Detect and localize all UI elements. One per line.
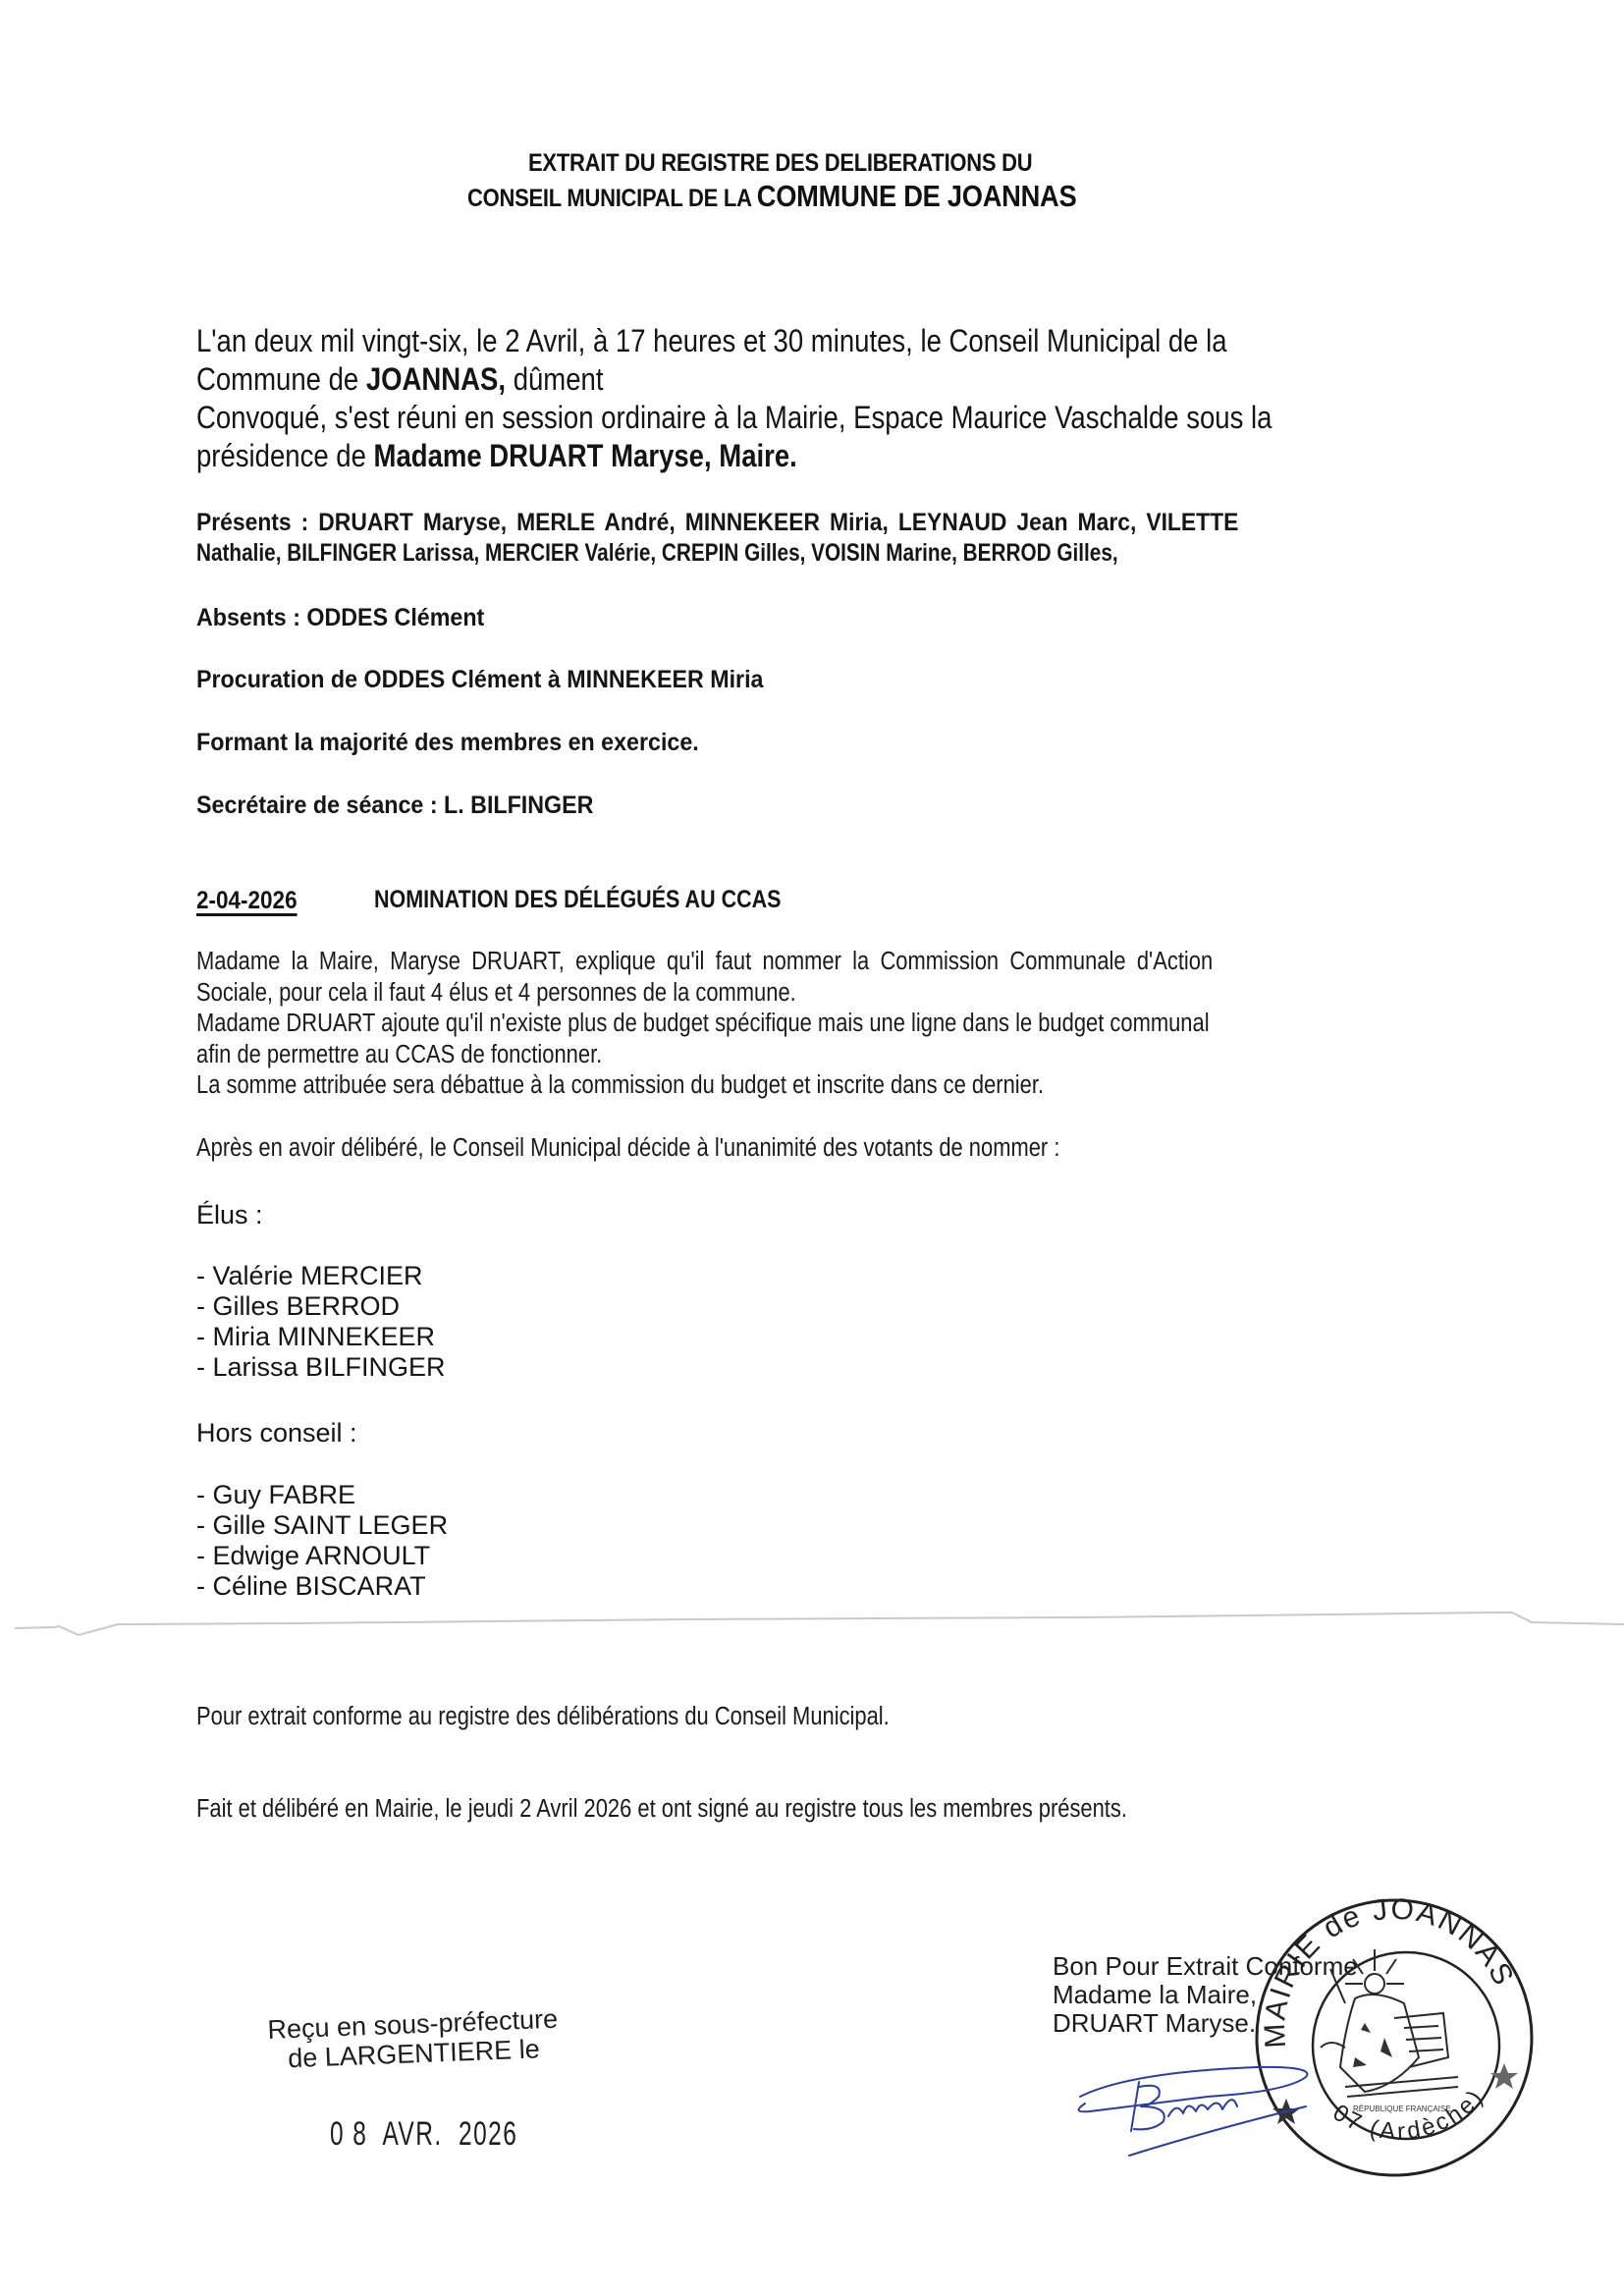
- fait-line: Fait et délibéré en Mairie, le jeudi 2 A…: [196, 1795, 1127, 1824]
- body-line: afin de permettre au CCAS de fonctionner…: [196, 1040, 1213, 1071]
- secretary-line: Secrétaire de séance : L. BILFINGER: [196, 792, 593, 820]
- body-line: La somme attribuée sera débattue à la co…: [196, 1070, 1213, 1102]
- elu-item: - Gilles BERROD: [196, 1291, 446, 1322]
- intro-president: Madame DRUART Maryse, Maire.: [374, 438, 797, 473]
- elus-list: - Valérie MERCIER - Gilles BERROD - Miri…: [196, 1261, 446, 1383]
- presents-line-2: Nathalie, BILFINGER Larissa, MERCIER Val…: [196, 539, 1118, 568]
- intro-line-3: Convoqué, s'est réuni en session ordinai…: [196, 399, 1272, 437]
- intro-dument: dûment: [506, 361, 603, 397]
- elu-item: - Larissa BILFINGER: [196, 1352, 446, 1383]
- reception-date: 0 8 AVR. 2026: [330, 2115, 517, 2154]
- hors-item: - Edwige ARNOULT: [196, 1541, 448, 1571]
- scan-fold-line: [0, 1611, 1624, 1640]
- intro-paragraph: L'an deux mil vingt-six, le 2 Avril, à 1…: [196, 322, 1272, 475]
- body-line: Madame DRUART ajoute qu'il n'existe plus…: [196, 1009, 1213, 1040]
- hors-conseil-list: - Guy FABRE - Gille SAINT LEGER - Edwige…: [196, 1480, 448, 1602]
- body-line: Sociale, pour cela il faut 4 élus et 4 p…: [196, 978, 1213, 1010]
- hors-conseil-label: Hors conseil :: [196, 1418, 357, 1449]
- document-title-line2: CONSEIL MUNICIPAL DE LA COMMUNE DE JOANN…: [467, 179, 1076, 214]
- presents-line-1: Présents : DRUART Maryse, MERLE André, M…: [196, 509, 1238, 537]
- svg-text:RÉPUBLIQUE FRANÇAISE: RÉPUBLIQUE FRANÇAISE: [1353, 2105, 1451, 2113]
- title-prefix: CONSEIL MUNICIPAL DE LA: [467, 185, 757, 212]
- absents-line: Absents : ODDES Clément: [196, 604, 484, 632]
- elu-item: - Valérie MERCIER: [196, 1261, 446, 1291]
- intro-commune-prefix: Commune de: [196, 361, 366, 397]
- majority-line: Formant la majorité des membres en exerc…: [196, 729, 699, 757]
- mayor-signature-icon: [1070, 2052, 1326, 2160]
- procuration-line: Procuration de ODDES Clément à MINNEKEER…: [196, 666, 763, 694]
- deliberation-body: Madame la Maire, Maryse DRUART, explique…: [196, 947, 1213, 1102]
- hors-item: - Céline BISCARAT: [196, 1571, 448, 1602]
- body-line: Madame la Maire, Maryse DRUART, explique…: [196, 947, 1213, 978]
- hors-item: - Guy FABRE: [196, 1480, 448, 1510]
- intro-line-4: présidence de Madame DRUART Maryse, Mair…: [196, 437, 1272, 475]
- elu-item: - Miria MINNEKEER: [196, 1322, 446, 1352]
- document-title-line1: EXTRAIT DU REGISTRE DES DELIBERATIONS DU: [528, 149, 1032, 178]
- intro-line-1: L'an deux mil vingt-six, le 2 Avril, à 1…: [196, 322, 1272, 360]
- intro-line-2: Commune de JOANNAS, dûment: [196, 360, 1272, 399]
- conforme-line: Pour extrait conforme au registre des dé…: [196, 1703, 890, 1731]
- reception-stamp: Reçu en sous-préfecture de LARGENTIERE l…: [267, 2004, 560, 2074]
- elus-label: Élus :: [196, 1200, 263, 1230]
- commune-name: COMMUNE DE JOANNAS: [757, 179, 1077, 213]
- intro-presidence-prefix: présidence de: [196, 438, 374, 473]
- deliberation-title: NOMINATION DES DÉLÉGUÉS AU CCAS: [374, 886, 782, 914]
- hors-item: - Gille SAINT LEGER: [196, 1510, 448, 1541]
- svg-text:07 (Ardèche): 07 (Ardèche): [1328, 2083, 1490, 2145]
- decision-line: Après en avoir délibéré, le Conseil Muni…: [196, 1134, 1059, 1163]
- deliberation-number: 2-04-2026: [196, 887, 298, 915]
- intro-commune: JOANNAS,: [366, 361, 506, 397]
